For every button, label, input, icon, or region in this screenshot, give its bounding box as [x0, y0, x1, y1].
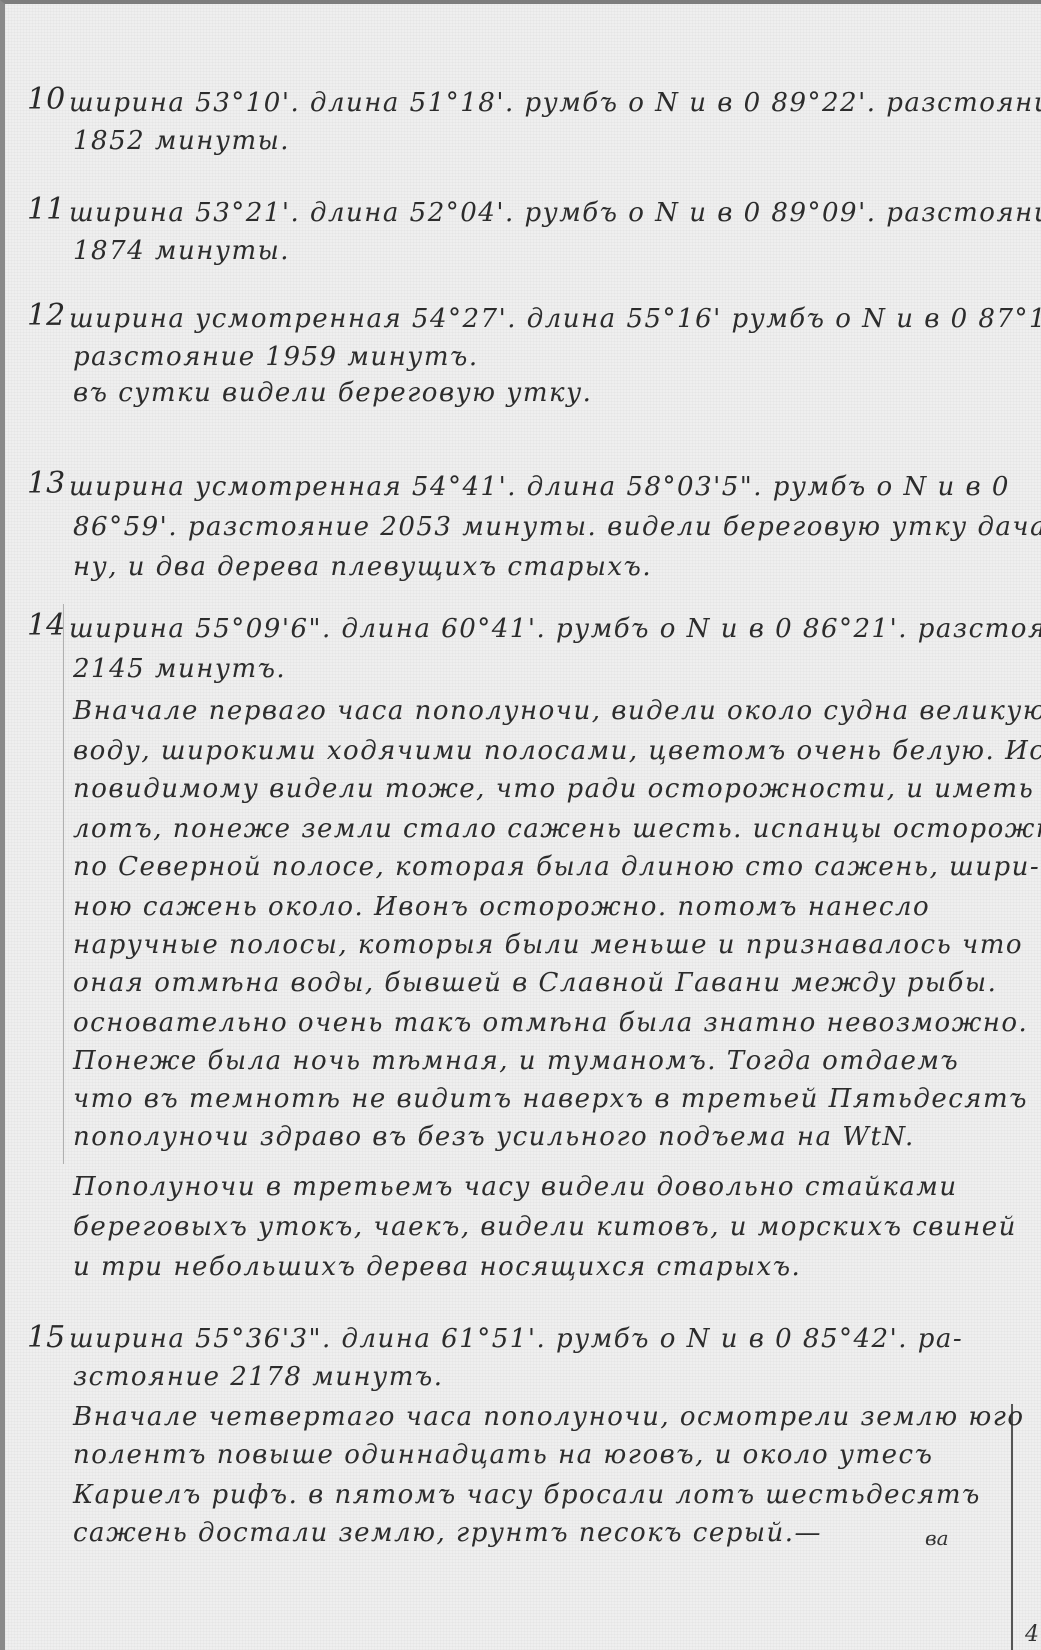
entry-line: основательно очень такъ отмѣна была знат… [73, 1008, 1028, 1038]
entry-line: ширина 55°36'3". длина 61°51'. румбъ о N… [69, 1324, 963, 1354]
entry-line: 86°59'. разстояние 2053 минуты. видели б… [73, 512, 1041, 542]
margin-line [63, 604, 64, 1164]
entry-line: Пополуночи в третьемъ часу видели доволь… [73, 1172, 958, 1202]
entry-line: 1852 минуты. [73, 126, 290, 156]
entry-line: 1874 минуты. [73, 236, 290, 266]
entry-line: Кариелъ рифъ. в пятомъ часу бросали лотъ… [73, 1480, 981, 1510]
entry-line: и три небольшихъ дерева носящихся старых… [73, 1252, 801, 1282]
entry-number: 11 [27, 192, 65, 227]
entry-line: наручные полосы, которыя были меньше и п… [73, 930, 1023, 960]
entry-number: 12 [27, 298, 65, 333]
entry-line: разстояние 1959 минутъ. [73, 342, 479, 372]
entry-line: оная отмѣна воды, бывшей в Славной Гаван… [73, 968, 997, 998]
entry-line: пополуночи здраво въ безъ усильного подъ… [73, 1122, 915, 1152]
entry-number: 14 [27, 608, 65, 643]
entry-line: воду, широкими ходячими полосами, цветом… [73, 736, 1041, 766]
entry-number: 15 [27, 1320, 65, 1355]
entry-line: ширина 55°09'6". длина 60°41'. румбъ о N… [69, 614, 1041, 644]
entry-line: ширина 53°10'. длина 51°18'. румбъ о N и… [69, 88, 1041, 118]
entry-line: ширина усмотренная 54°27'. длина 55°16' … [69, 304, 1041, 334]
entry-line: сажень достали землю, грунтъ песокъ серы… [73, 1518, 822, 1548]
catchword-note: ва [925, 1526, 949, 1550]
entry-line: лотъ, понеже земли стало сажень шесть. и… [73, 814, 1041, 844]
entry-line: береговыхъ утокъ, чаекъ, видели китовъ, … [73, 1212, 1017, 1242]
entry-line: ною сажень около. Ивонъ осторожно. потом… [73, 892, 930, 922]
entry-line: повидимому видели тоже, что ради осторож… [73, 774, 1041, 804]
manuscript-page: 10 ширина 53°10'. длина 51°18'. румбъ о … [0, 0, 1041, 1650]
entry-line: зстояние 2178 минутъ. [73, 1362, 443, 1392]
entry-line: Вначале перваго часа пополуночи, видели … [73, 696, 1041, 726]
entry-line: 2145 минутъ. [73, 654, 286, 684]
entry-line: что въ темнотѣ не видитъ наверхъ в треть… [73, 1084, 1028, 1114]
entry-line: полентъ повыше одиннадцать на юговъ, и о… [73, 1440, 933, 1470]
entry-line: Понеже была ночь тѣмная, и туманомъ. Тог… [73, 1046, 959, 1076]
entry-line: въ сутки видели береговую утку. [73, 378, 592, 408]
entry-number: 13 [27, 466, 65, 501]
page-edge-line [1011, 1404, 1013, 1650]
entry-line: ширина 53°21'. длина 52°04'. румбъ о N и… [69, 198, 1041, 228]
entry-line: ширина усмотренная 54°41'. длина 58°03'5… [69, 472, 1010, 502]
entry-line: по Северной полосе, которая была длиною … [73, 852, 1040, 882]
entry-line: ну, и два дерева плевущихъ старыхъ. [73, 552, 652, 582]
entry-number: 10 [27, 82, 65, 117]
entry-line: Вначале четвертаго часа пополуночи, осмо… [73, 1402, 1025, 1432]
page-corner-mark: 4 [1025, 1622, 1039, 1647]
